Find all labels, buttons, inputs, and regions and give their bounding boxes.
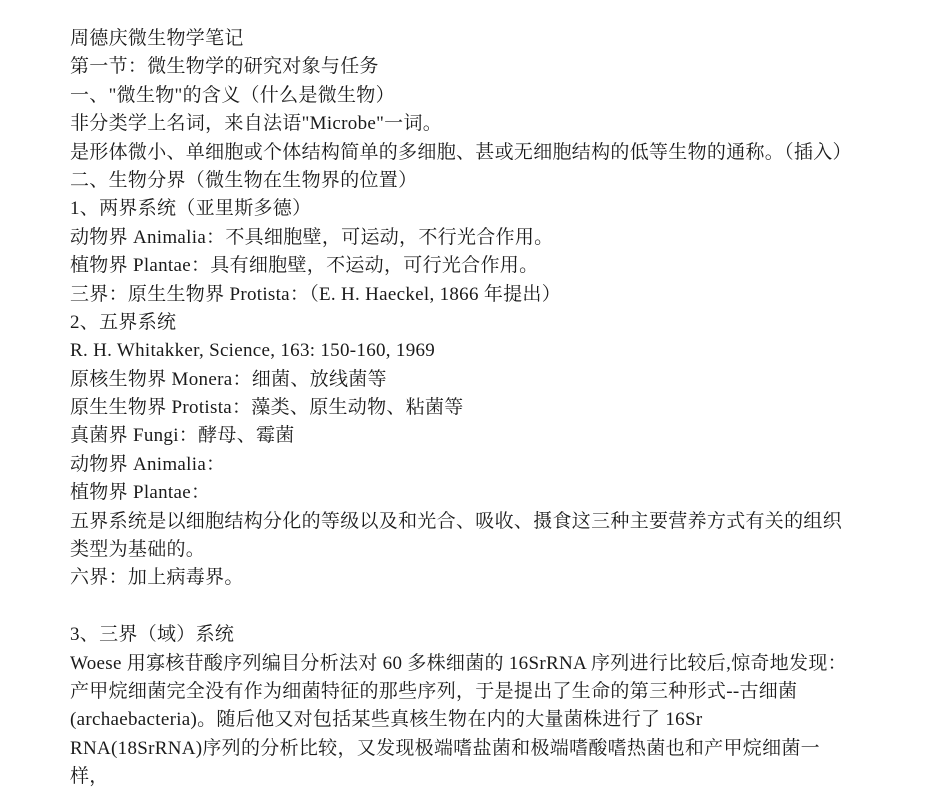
text-line: 一、"微生物"的含义（什么是微生物） bbox=[70, 82, 860, 110]
text-line: 二、生物分界（微生物在生物界的位置） bbox=[70, 167, 860, 195]
text-line: 是形体微小、单细胞或个体结构简单的多细胞、甚或无细胞结构的低等生物的通称。（插入… bbox=[70, 139, 860, 167]
text-line: 植物界 Plantae：具有细胞壁，不运动，可行光合作用。 bbox=[70, 252, 860, 280]
text-line: 动物界 Animalia：不具细胞壁，可运动，不行光合作用。 bbox=[70, 224, 860, 252]
text-line: 样， bbox=[70, 763, 860, 791]
document-page: 周德庆微生物学笔记第一节：微生物学的研究对象与任务一、"微生物"的含义（什么是微… bbox=[0, 0, 947, 794]
text-line: 周德庆微生物学笔记 bbox=[70, 25, 860, 53]
text-line: 产甲烷细菌完全没有作为细菌特征的那些序列，于是提出了生命的第三种形式--古细菌 bbox=[70, 678, 860, 706]
text-line: 动物界 Animalia： bbox=[70, 451, 860, 479]
text-line: RNA(18SrRNA)序列的分析比较，又发现极端嗜盐菌和极端嗜酸嗜热菌也和产甲… bbox=[70, 735, 860, 763]
text-line: 类型为基础的。 bbox=[70, 536, 860, 564]
text-line: 原核生物界 Monera：细菌、放线菌等 bbox=[70, 366, 860, 394]
text-line: R. H. Whitakker, Science, 163: 150-160, … bbox=[70, 337, 860, 365]
text-line: 2、五界系统 bbox=[70, 309, 860, 337]
text-line: 五界系统是以细胞结构分化的等级以及和光合、吸收、摄食这三种主要营养方式有关的组织 bbox=[70, 508, 860, 536]
text-line: (archaebacteria)。随后他又对包括某些真核生物在内的大量菌株进行了… bbox=[70, 706, 860, 734]
document-body: 周德庆微生物学笔记第一节：微生物学的研究对象与任务一、"微生物"的含义（什么是微… bbox=[70, 25, 860, 792]
text-line: 第一节：微生物学的研究对象与任务 bbox=[70, 53, 860, 81]
text-line: Woese 用寡核苷酸序列编目分析法对 60 多株细菌的 16SrRNA 序列进… bbox=[70, 650, 860, 678]
text-line: 原生生物界 Protista：藻类、原生动物、粘菌等 bbox=[70, 394, 860, 422]
text-line: 真菌界 Fungi：酵母、霉菌 bbox=[70, 422, 860, 450]
text-line bbox=[70, 593, 860, 621]
text-line: 非分类学上名词，来自法语"Microbe"一词。 bbox=[70, 110, 860, 138]
text-line: 3、三界（域）系统 bbox=[70, 621, 860, 649]
text-line: 植物界 Plantae： bbox=[70, 479, 860, 507]
text-line: 三界：原生生物界 Protista：（E. H. Haeckel, 1866 年… bbox=[70, 281, 860, 309]
text-line: 1、两界系统（亚里斯多德） bbox=[70, 195, 860, 223]
text-line: 六界：加上病毒界。 bbox=[70, 564, 860, 592]
